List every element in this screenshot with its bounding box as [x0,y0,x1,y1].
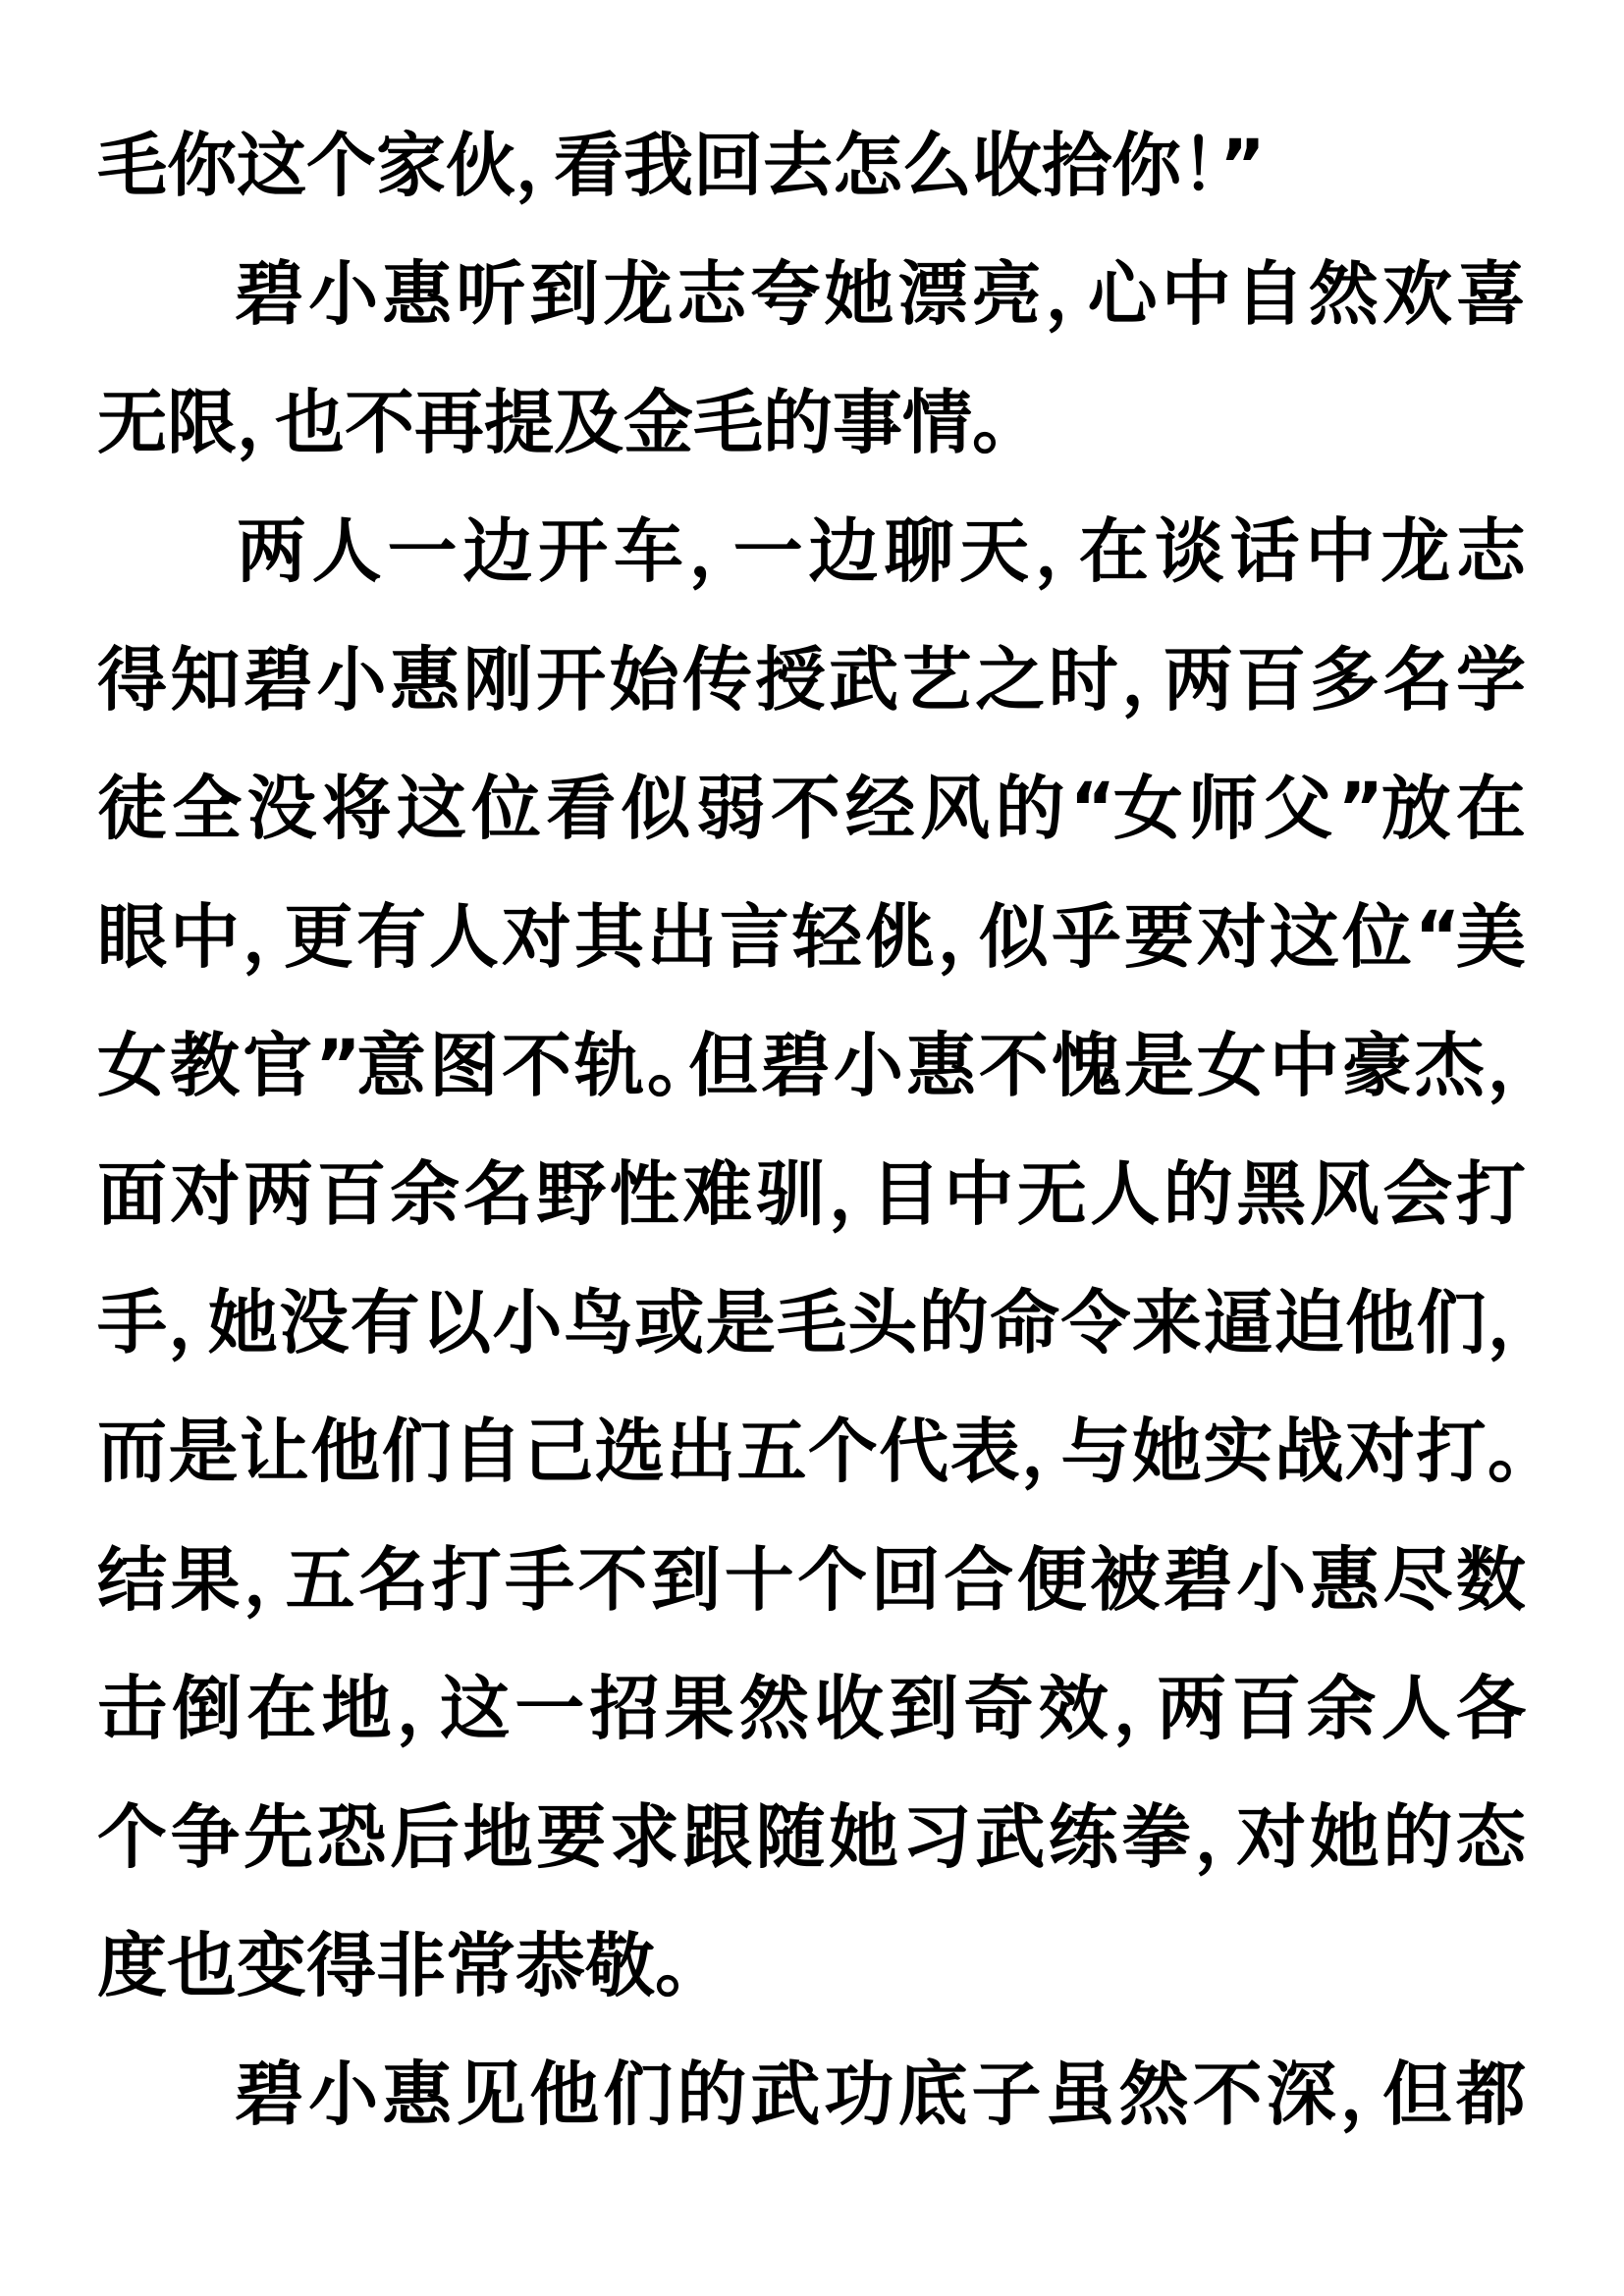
glyph: 子 [972,2059,1042,2129]
glyph: ！ [1181,131,1219,200]
glyph: 拳 [1121,1802,1191,1872]
glyph: 心 [1088,259,1158,329]
glyph: ， [237,388,275,457]
glyph: 毛 [777,1288,846,1358]
glyph: 话 [1230,516,1300,586]
glyph: 在 [1456,774,1526,843]
glyph: 传 [682,645,752,715]
glyph: 百 [1236,645,1306,715]
text-line: 毛你这个家伙，看我回去怎么收拾你！” [97,101,1526,230]
glyph: 奇 [963,1674,1033,1743]
glyph: 也 [275,388,345,457]
glyph: 武 [829,645,898,715]
glyph: 龙 [1380,516,1450,586]
glyph: 收 [972,131,1042,200]
glyph: 有 [351,1288,420,1358]
glyph: 么 [902,131,972,200]
glyph: 命 [990,1288,1059,1358]
glyph: 毛 [693,388,763,457]
text-line: 两人一边开车，一边聊天，在谈话中龙志 [97,487,1526,615]
glyph: 余 [390,1159,460,1229]
text-line: 面对两百余名野性难驯，目中无人的黑风会打 [97,1130,1526,1258]
glyph: 人 [1090,1159,1160,1229]
page-body: { "page": { "background": "#ffffff", "te… [0,0,1624,2296]
glyph: 自 [1235,259,1305,329]
glyph: 的 [1164,1159,1233,1229]
glyph: 要 [1124,902,1194,972]
glyph: 家 [376,131,446,200]
glyph: 志 [677,259,746,329]
glyph: 学 [1456,645,1526,715]
text-line: 个争先恐后地要求跟随她习武练拳，对她的态 [97,1773,1526,1901]
document-page: 毛你这个家伙，看我回去怎么收拾你！”碧小惠听到龙志夸她漂亮，心中自然欢喜无限，也… [0,0,1624,2296]
glyph: 风 [920,774,990,843]
text-line: 碧小惠听到龙志夸她漂亮，心中自然欢喜 [97,230,1526,358]
glyph: 名 [1382,645,1452,715]
glyph: 不 [502,1031,571,1100]
glyph: 中 [170,902,240,972]
glyph: 意 [356,1031,426,1100]
glyph: 百 [1231,1674,1301,1743]
glyph: 代 [879,1416,948,1486]
glyph: ， [168,1288,206,1358]
glyph: 但 [688,1031,758,1100]
glyph: 非 [376,1931,446,2001]
glyph: 的 [763,388,833,457]
glyph: ， [1195,1802,1233,1872]
glyph: 功 [824,2059,893,2129]
glyph: 态 [1456,1802,1526,1872]
glyph: 及 [554,388,623,457]
glyph: 开 [538,516,608,586]
glyph: 碧 [761,1031,831,1100]
glyph: ， [938,902,976,972]
glyph: 夸 [750,259,820,329]
glyph: 将 [322,774,392,843]
text-line: 得知碧小惠刚开始传授武艺之时，两百多名学 [97,615,1526,744]
glyph: 自 [453,1416,522,1486]
glyph: 对 [171,1159,241,1229]
glyph: 轨 [574,1031,644,1100]
glyph: 之 [975,645,1045,715]
glyph: 言 [720,902,789,972]
glyph: 的 [1382,1802,1452,1872]
glyph: ， [244,1545,282,1615]
text-line: 徒全没将这位看似弱不经风的“女师父”放在 [97,744,1526,873]
glyph: 的 [919,1288,989,1358]
glyph: 争 [171,1802,241,1872]
text-line: 眼中，更有人对其出言轻佻，似乎要对这位“美 [97,873,1526,1001]
glyph: 美 [1456,902,1526,972]
glyph: 刚 [463,645,533,715]
glyph: 其 [574,902,644,972]
glyph: 志 [1456,516,1526,586]
glyph: 两 [237,516,306,586]
glyph: 豪 [1342,1031,1412,1100]
glyph: 漂 [897,259,967,329]
glyph: 事 [833,388,902,457]
glyph: 亮 [972,259,1042,329]
glyph: 边 [809,516,879,586]
glyph: 到 [529,259,599,329]
glyph: 选 [595,1416,665,1486]
glyph: 提 [484,388,554,457]
glyph: 她 [824,259,893,329]
glyph: 个 [797,1545,867,1615]
glyph: “ [1070,774,1109,843]
glyph: 。 [655,1931,693,2001]
glyph: 不 [345,388,414,457]
glyph: 恭 [515,1931,585,2001]
glyph: 她 [1310,1802,1380,1872]
glyph: ” [1338,774,1377,843]
glyph: 多 [1310,645,1380,715]
glyph: 倒 [172,1674,242,1743]
glyph: 然 [1119,2059,1189,2129]
glyph: 效 [1039,1674,1109,1743]
glyph: 你 [167,131,237,200]
glyph: 个 [808,1416,878,1486]
glyph: 回 [693,131,763,200]
glyph: 人 [312,516,382,586]
glyph: 求 [610,1802,679,1872]
glyph: 他 [310,1416,380,1486]
glyph: 。 [972,388,1010,457]
glyph: ， [689,516,728,586]
glyph: 欢 [1382,259,1452,329]
glyph: 惠 [906,1031,976,1100]
glyph: 头 [847,1288,917,1358]
glyph: 师 [1188,774,1258,843]
glyph: 碧 [235,2059,304,2129]
glyph: 碧 [235,259,304,329]
glyph: 深 [1267,2059,1336,2129]
glyph: 聊 [884,516,953,586]
glyph: 小 [834,1031,903,1100]
glyph: 或 [634,1288,704,1358]
glyph: 这 [1270,902,1339,972]
glyph: 让 [240,1416,309,1486]
glyph: ， [1035,516,1073,586]
glyph: 边 [462,516,532,586]
glyph: 伙 [446,131,515,200]
glyph: 是 [168,1416,238,1486]
glyph: 打 [432,1545,502,1615]
glyph: 得 [97,645,167,715]
glyph: 有 [356,902,426,972]
glyph: 一 [514,1674,584,1743]
glyph: 会 [1382,1159,1452,1229]
glyph: 野 [536,1159,606,1229]
glyph: 不 [1193,2059,1263,2129]
glyph: 惠 [390,645,460,715]
glyph: 习 [902,1802,972,1872]
glyph: 一 [387,516,457,586]
glyph: 合 [944,1545,1013,1615]
glyph: 先 [244,1802,313,1872]
glyph: 车 [614,516,683,586]
glyph: 看 [546,774,616,843]
glyph: 官 [243,1031,312,1100]
text-line: 而是让他们自己选出五个代表，与她实战对打。 [97,1387,1526,1516]
glyph: ， [243,902,281,972]
glyph: 小 [317,645,387,715]
glyph: 十 [725,1545,794,1615]
glyph: 底 [897,2059,967,2129]
glyph: 对 [1236,1802,1306,1872]
glyph: 两 [1157,1674,1226,1743]
glyph: 黑 [1236,1159,1306,1229]
glyph: 回 [871,1545,941,1615]
glyph: 难 [682,1159,752,1229]
glyph: 他 [1345,1288,1415,1358]
glyph: 到 [651,1545,721,1615]
glyph: 是 [1124,1031,1194,1100]
glyph: 出 [666,1416,735,1486]
glyph: 眼 [97,902,167,972]
glyph: 变 [237,1931,306,2001]
glyph: 对 [502,902,571,972]
glyph: 个 [306,131,376,200]
glyph: ， [829,1159,867,1229]
glyph: 她 [1132,1416,1202,1486]
glyph: 我 [623,131,693,200]
glyph: 这 [440,1674,510,1743]
glyph: 常 [446,1931,515,2001]
glyph: 来 [1132,1288,1202,1358]
glyph: 不 [771,774,840,843]
glyph: 以 [421,1288,491,1358]
glyph: ， [397,1674,435,1743]
glyph: 个 [97,1802,167,1872]
glyph: 的 [995,774,1064,843]
glyph: ， [1121,645,1160,715]
text-line: 无限，也不再提及金毛的事情。 [97,358,1526,487]
glyph: 更 [284,902,353,972]
glyph: 父 [1263,774,1332,843]
glyph: 中 [944,1159,1013,1229]
glyph: 是 [706,1288,776,1358]
glyph: ， [1340,2059,1379,2129]
glyph: 中 [1162,259,1231,329]
glyph: 知 [171,645,241,715]
glyph: 但 [1382,2059,1452,2129]
glyph: 开 [536,645,606,715]
glyph: 女 [1197,1031,1267,1100]
glyph: 去 [763,131,833,200]
glyph: 杰 [1415,1031,1485,1100]
glyph: 碧 [1164,1545,1233,1615]
glyph: 人 [429,902,499,972]
glyph: 地 [322,1674,392,1743]
glyph: 果 [665,1674,734,1743]
glyph: 女 [1113,774,1183,843]
glyph: ， [1113,1674,1152,1743]
glyph: 敬 [585,1931,655,2001]
glyph: 教 [170,1031,240,1100]
glyph: 经 [845,774,915,843]
text-line: 结果，五名打手不到十个回合便被碧小惠尽数 [97,1516,1526,1644]
glyph: “ [1415,902,1453,972]
glyph: 放 [1381,774,1451,843]
glyph: 中 [1270,1031,1339,1100]
glyph: 无 [1017,1159,1087,1229]
glyph: 两 [1164,645,1233,715]
glyph: 毛 [97,131,167,200]
glyph: 两 [244,1159,313,1229]
glyph: 练 [1049,1802,1118,1872]
glyph: 己 [523,1416,593,1486]
glyph: 性 [610,1159,679,1229]
glyph: 。 [647,1031,685,1100]
text-line: 度也变得非常恭敬。 [97,1901,1526,2030]
glyph: 轻 [792,902,862,972]
glyph: 迫 [1274,1288,1344,1358]
glyph: 乎 [1052,902,1121,972]
glyph: 与 [1061,1416,1131,1486]
glyph: 惠 [1310,1545,1380,1615]
glyph: 佻 [865,902,935,972]
glyph: 小 [492,1288,562,1358]
glyph: 。 [1488,1416,1526,1486]
glyph: 打 [1456,1159,1526,1229]
glyph: 令 [1061,1288,1131,1358]
glyph: 果 [171,1545,241,1615]
glyph: 看 [554,131,623,200]
glyph: 数 [1456,1545,1526,1615]
glyph: 你 [1111,131,1181,200]
glyph: 拾 [1042,131,1111,200]
glyph: 情 [902,388,972,457]
glyph: 结 [97,1545,167,1615]
glyph: 谈 [1155,516,1224,586]
glyph: 名 [358,1545,428,1615]
glyph: 打 [1416,1416,1486,1486]
glyph: 名 [463,1159,533,1229]
glyph: 风 [1310,1159,1380,1229]
glyph: 再 [414,388,484,457]
glyph: ， [1021,1416,1059,1486]
glyph: 们 [382,1416,452,1486]
glyph: 中 [1305,516,1375,586]
glyph: 鸟 [564,1288,633,1358]
glyph: 各 [1456,1674,1526,1743]
glyph: 到 [889,1674,958,1743]
glyph: 五 [737,1416,807,1486]
glyph: 战 [1274,1416,1344,1486]
glyph: 地 [463,1802,533,1872]
glyph: 见 [456,2059,525,2129]
glyph: 愧 [1052,1031,1121,1100]
glyph: 她 [208,1288,278,1358]
text-line: 女教官”意图不轨。但碧小惠不愧是女中豪杰， [97,1001,1526,1130]
glyph: 出 [647,902,717,972]
text-line: 手，她没有以小鸟或是毛头的命令来逼迫他们， [97,1258,1526,1387]
glyph: 跟 [682,1802,752,1872]
glyph: 一 [733,516,803,586]
glyph: 位 [471,774,541,843]
glyph: 五 [286,1545,355,1615]
glyph: 似 [621,774,690,843]
glyph: 在 [246,1674,316,1743]
glyph: ， [1488,1031,1526,1100]
glyph: 表 [950,1416,1020,1486]
glyph: 恐 [317,1802,387,1872]
glyph: 小 [1236,1545,1306,1615]
glyph: 人 [1381,1674,1451,1743]
glyph: 听 [456,259,525,329]
glyph: 虽 [1046,2059,1115,2129]
glyph: 她 [829,1802,898,1872]
glyph: 天 [959,516,1029,586]
glyph: 对 [1197,902,1267,972]
glyph: 后 [390,1802,460,1872]
glyph: 而 [97,1416,167,1486]
glyph: 们 [1416,1288,1486,1358]
glyph: 始 [610,645,679,715]
glyph: 不 [979,1031,1049,1100]
glyph: 随 [756,1802,826,1872]
glyph: 没 [246,774,316,843]
glyph: 碧 [244,645,313,715]
glyph: ， [1046,259,1084,329]
text-line: 击倒在地，这一招果然收到奇效，两百余人各 [97,1644,1526,1773]
glyph: 喜 [1456,259,1526,329]
glyph: 要 [536,1802,606,1872]
glyph: 便 [1017,1545,1087,1615]
glyph: 限 [167,388,237,457]
glyph: 然 [1309,259,1379,329]
glyph: 这 [397,774,466,843]
glyph: 这 [237,131,306,200]
glyph: 手 [505,1545,574,1615]
glyph: 击 [97,1674,167,1743]
glyph: 授 [756,645,826,715]
glyph: 的 [677,2059,746,2129]
glyph: 小 [308,2059,378,2129]
glyph: 被 [1090,1545,1160,1615]
glyph: 在 [1079,516,1149,586]
glyph: 招 [589,1674,659,1743]
glyph: 对 [1345,1416,1415,1486]
glyph: 逼 [1203,1288,1272,1358]
glyph: 弱 [696,774,766,843]
glyph: 似 [979,902,1049,972]
glyph: 龙 [603,259,673,329]
glyph: 都 [1456,2059,1526,2129]
glyph: 惠 [382,2059,452,2129]
glyph: 图 [429,1031,499,1100]
glyph: ” [1219,131,1258,200]
glyph: 目 [871,1159,941,1229]
glyph: 徒 [97,774,167,843]
glyph: 艺 [902,645,972,715]
glyph: 百 [317,1159,387,1229]
glyph: ” [315,1031,353,1100]
glyph: 位 [1342,902,1412,972]
glyph: 然 [739,1674,809,1743]
glyph: 收 [814,1674,884,1743]
glyph: 不 [578,1545,648,1615]
glyph: 余 [1307,1674,1377,1743]
glyph: 小 [308,259,378,329]
glyph: 武 [975,1802,1045,1872]
glyph: 驯 [756,1159,826,1229]
glyph: 度 [97,1931,167,2001]
glyph: 武 [750,2059,820,2129]
glyph: 全 [172,774,242,843]
glyph: 怎 [833,131,902,200]
